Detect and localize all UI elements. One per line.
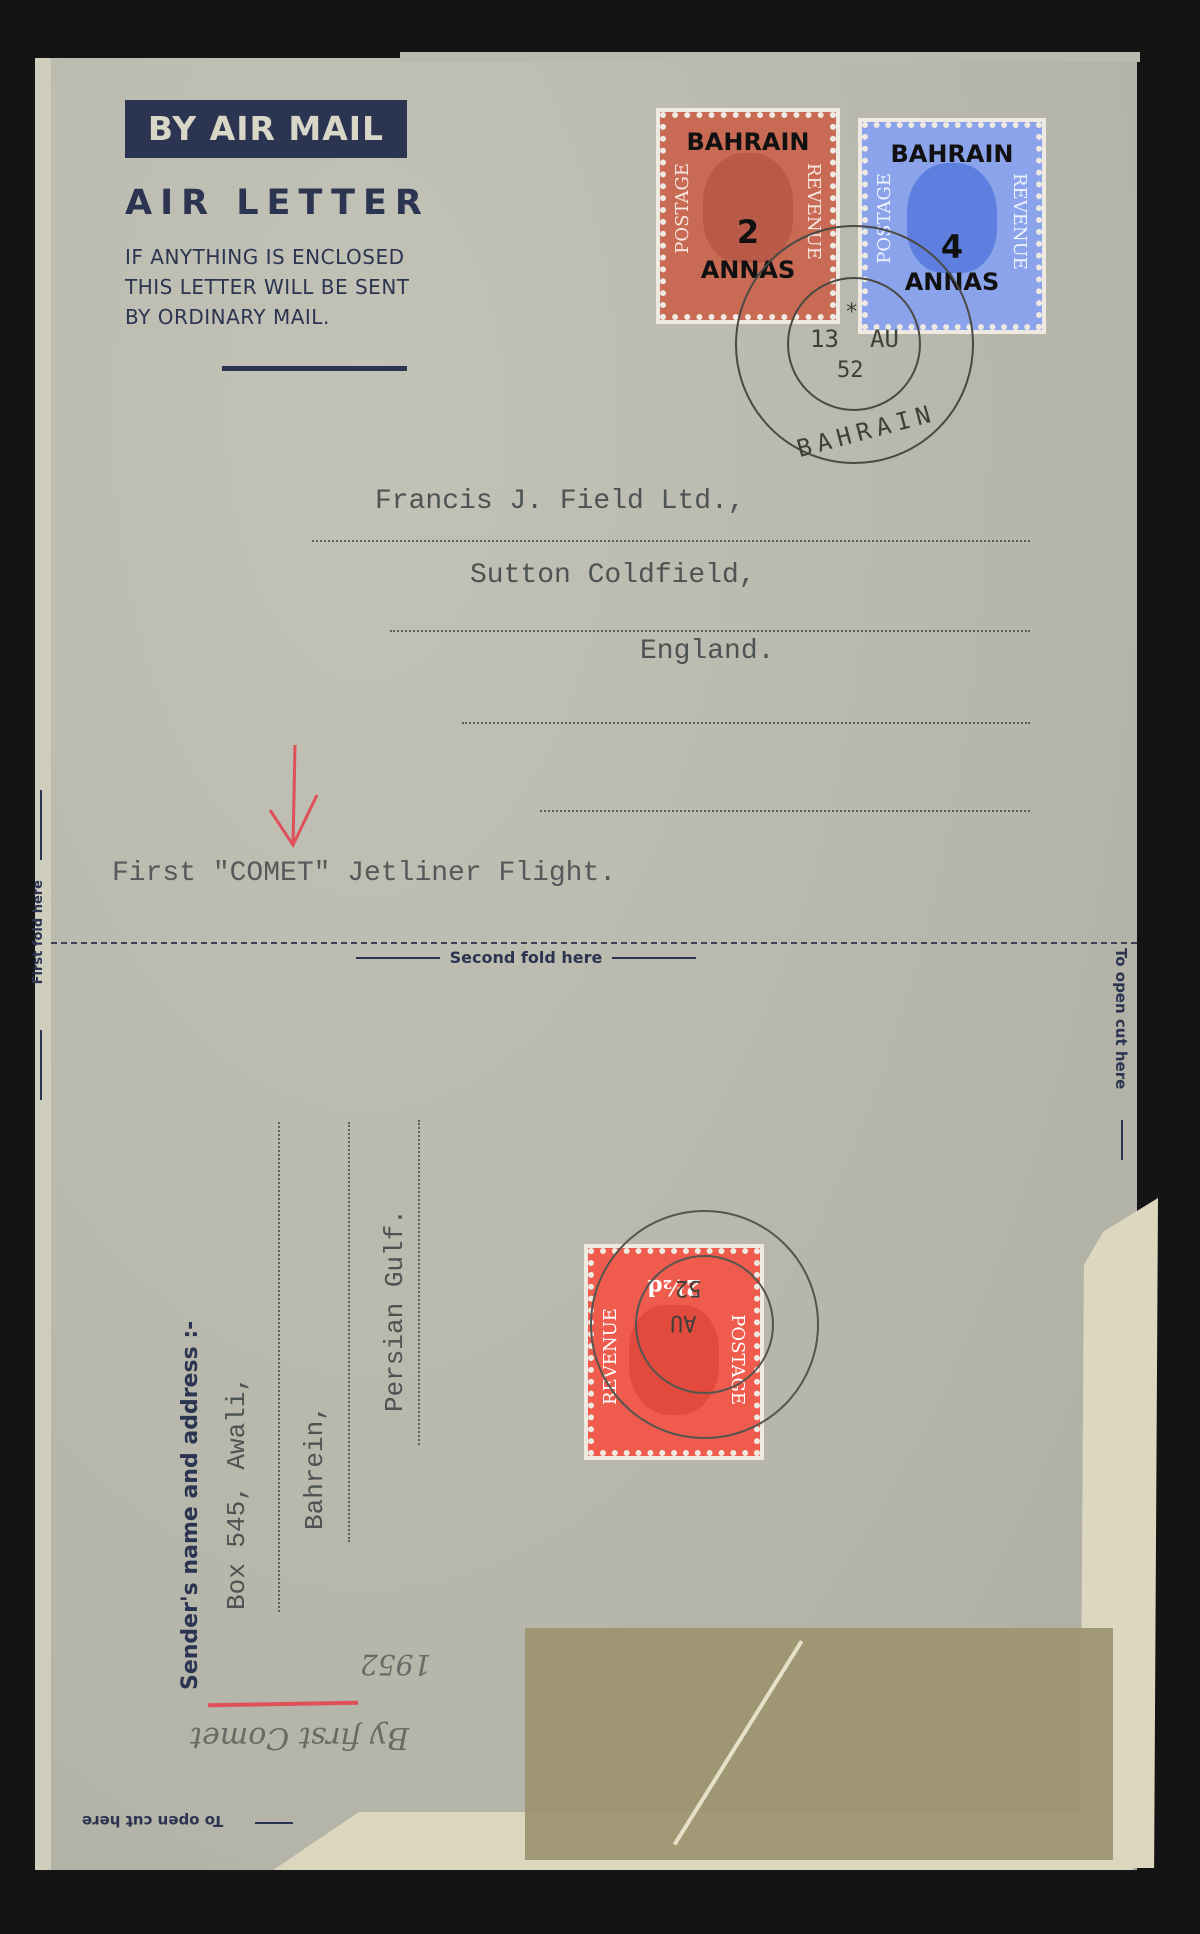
arrow-right-icon — [255, 1822, 293, 1824]
postmark-year: 52 — [837, 358, 864, 383]
postmark-year: 52 — [675, 1275, 702, 1300]
address-dotted-line — [462, 722, 1030, 724]
postmark-star: * — [845, 300, 858, 325]
pencil-note: By first Comet — [190, 1720, 409, 1755]
second-fold-label: Second fold here — [356, 948, 696, 967]
arrow-down-icon — [1121, 1120, 1123, 1160]
arrow-down-icon — [40, 1030, 42, 1100]
sender-dotted-line — [278, 1122, 280, 1612]
open-cut-bottom-label: To open cut here — [82, 1812, 223, 1830]
air-letter-title: AIR LETTER — [125, 183, 430, 223]
sender-line-1: Box 545, Awali, — [222, 1376, 252, 1610]
address-line-3: England. — [640, 636, 774, 667]
adhesive-tape — [525, 1628, 1113, 1860]
postmark-day: 13 — [810, 325, 839, 353]
divider-rule — [222, 366, 407, 371]
first-fold-label: First fold here — [31, 880, 46, 984]
postmark-month: AU — [670, 1310, 697, 1335]
arrow-left-icon — [356, 957, 440, 959]
sutton-postmark: AU 52 — [590, 1210, 820, 1440]
by-air-mail-label: BY AIR MAIL — [125, 100, 407, 158]
address-dotted-line — [390, 630, 1030, 632]
sender-line-3: Persian Gulf. — [380, 1209, 410, 1412]
open-cut-right-label: To open cut here — [1112, 948, 1130, 1089]
notice-line: BY ORDINARY MAIL. — [125, 305, 330, 329]
address-dotted-line — [312, 540, 1030, 542]
notice-line: THIS LETTER WILL BE SENT — [125, 275, 410, 299]
arrow-right-icon — [612, 957, 696, 959]
overprint-country: BAHRAIN — [666, 128, 830, 156]
arrow-up-icon — [40, 790, 42, 860]
comet-flight-annotation: First "COMET" Jetliner Flight. — [112, 858, 616, 889]
sender-line-2: Bahrein, — [300, 1405, 330, 1530]
second-fold-line — [51, 942, 1137, 944]
address-line-1: Francis J. Field Ltd., — [375, 486, 745, 517]
sender-label: Sender's name and address :- — [178, 1321, 203, 1690]
bahrain-postmark: * 13 AU 52 BAHRAIN — [735, 225, 975, 465]
paper-top-edge — [400, 52, 1140, 62]
overprint-country: BAHRAIN — [868, 140, 1036, 168]
red-arrow-icon — [255, 740, 335, 860]
pencil-year: 1952 — [360, 1648, 431, 1681]
sender-dotted-line — [348, 1122, 350, 1542]
sender-dotted-line — [418, 1120, 420, 1445]
address-dotted-line — [540, 810, 1030, 812]
address-line-2: Sutton Coldfield, — [470, 560, 756, 591]
notice-line: IF ANYTHING IS ENCLOSED — [125, 245, 405, 269]
postmark-month: AU — [870, 325, 899, 353]
